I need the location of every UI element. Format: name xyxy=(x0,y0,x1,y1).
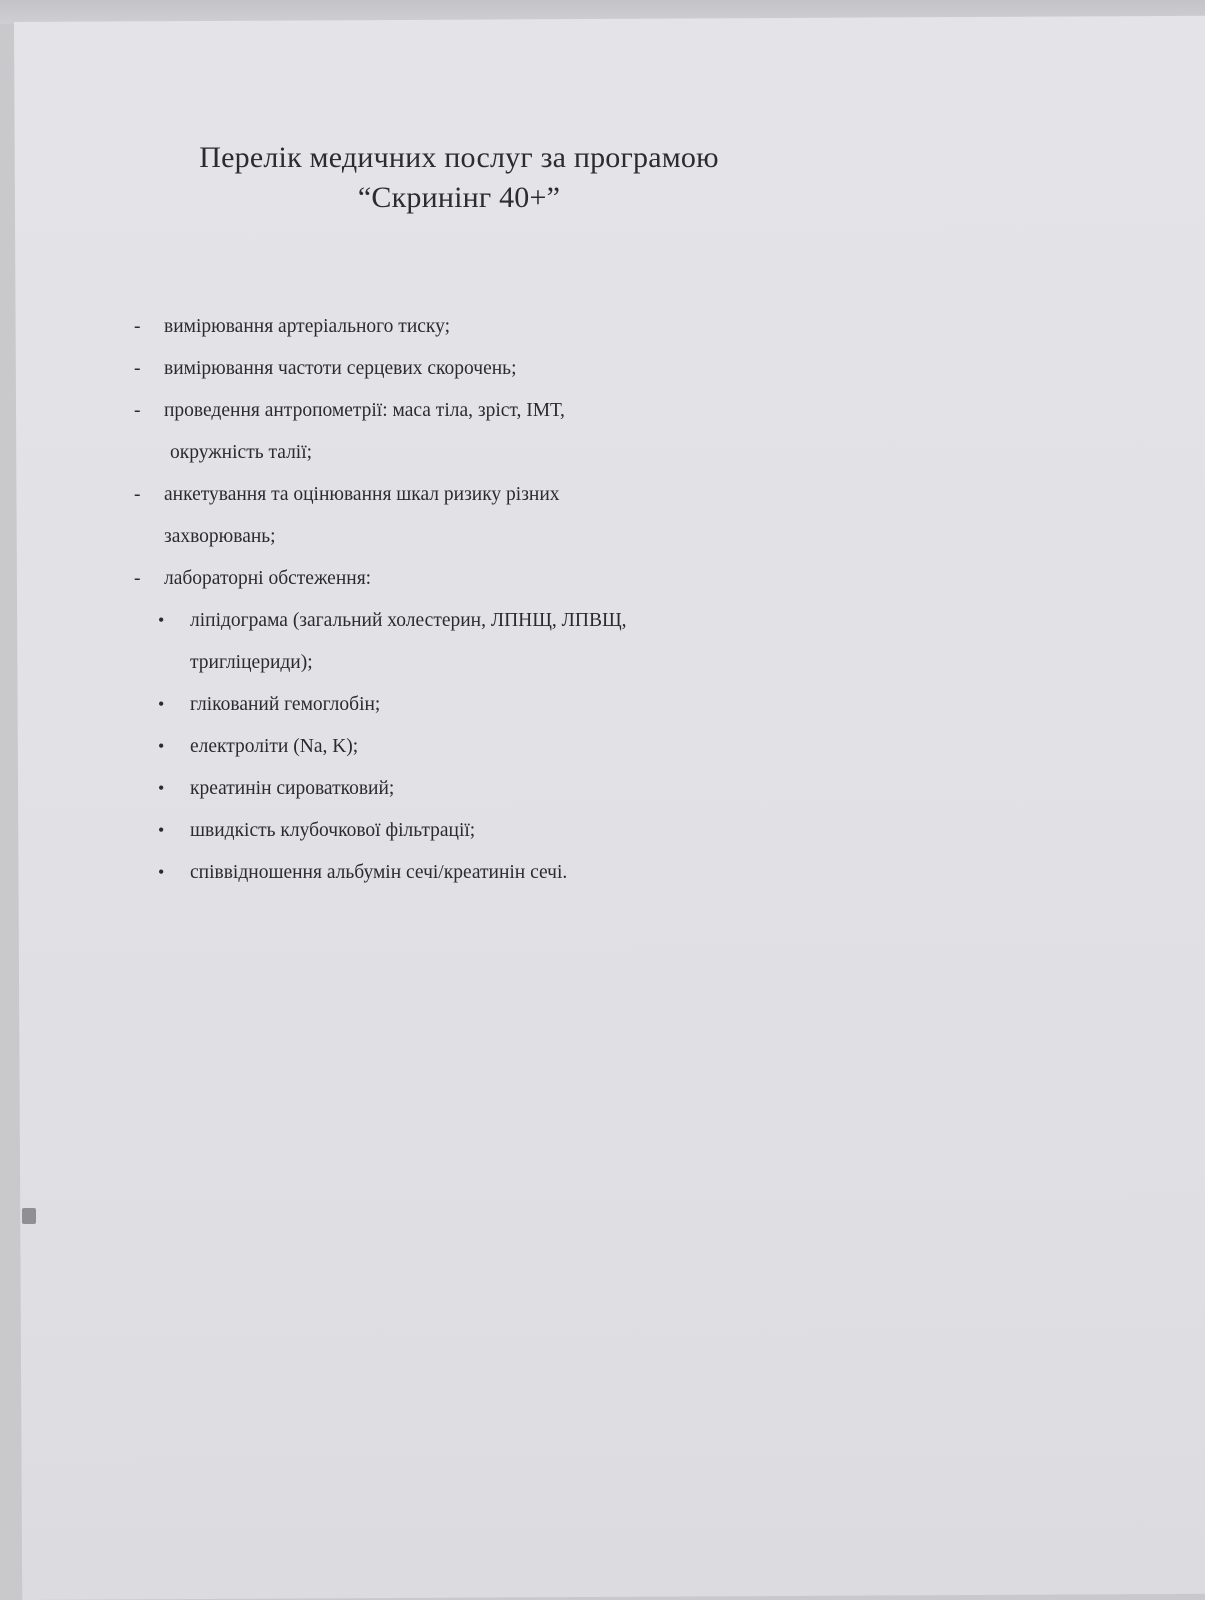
list-item: - проведення антропометрії: маса тіла, з… xyxy=(120,390,820,474)
bullet-icon: • xyxy=(158,767,164,809)
list-item-text: вимірювання частоти серцевих скорочень; xyxy=(164,348,820,390)
list-item-text: вимірювання артеріального тиску; xyxy=(164,306,820,348)
lab-list-item: • ліпідограма (загальний холестерин, ЛПН… xyxy=(120,600,820,684)
lab-item-text: швидкість клубочкової фільтрації; xyxy=(190,810,820,852)
lab-item-text: ліпідограма (загальний холестерин, ЛПНЩ,… xyxy=(190,600,820,642)
lab-item-text: електроліти (Na, K); xyxy=(190,726,820,768)
bullet-icon: • xyxy=(158,725,164,767)
lab-list-item: • електроліти (Na, K); xyxy=(120,726,820,768)
lab-list-item: • швидкість клубочкової фільтрації; xyxy=(120,810,820,852)
lab-item-text: креатинін сироватковий; xyxy=(190,768,820,810)
list-item-text-continued: окружність талії; xyxy=(164,432,820,474)
document-title: Перелік медичних послуг за програмою “Ск… xyxy=(114,138,804,218)
lab-list-item: • глікований гемоглобін; xyxy=(120,684,820,726)
list-item-text: проведення антропометрії: маса тіла, зрі… xyxy=(164,390,820,432)
title-line-1: Перелік медичних послуг за програмою xyxy=(114,138,804,178)
bullet-icon: • xyxy=(158,809,164,851)
dash-marker: - xyxy=(134,306,141,348)
dash-marker: - xyxy=(134,558,141,600)
list-item-text: лабораторні обстеження: xyxy=(164,558,820,600)
lab-item-text: глікований гемоглобін; xyxy=(190,684,820,726)
list-item: - лабораторні обстеження: xyxy=(120,558,820,600)
lab-list-item: • співвідношення альбумін сечі/креатинін… xyxy=(120,852,820,894)
bullet-icon: • xyxy=(158,851,164,893)
paper-mark xyxy=(22,1208,36,1224)
list-item-text-continued: захворювань; xyxy=(164,516,820,558)
bullet-icon: • xyxy=(158,683,164,725)
list-item: - вимірювання частоти серцевих скорочень… xyxy=(120,348,820,390)
lab-list-item: • креатинін сироватковий; xyxy=(120,768,820,810)
list-item: - вимірювання артеріального тиску; xyxy=(120,306,820,348)
lab-item-text-continued: тригліцериди); xyxy=(190,642,820,684)
list-item: - анкетування та оцінювання шкал ризику … xyxy=(120,474,820,558)
title-line-2: “Скринінг 40+” xyxy=(114,178,804,218)
bullet-icon: • xyxy=(158,599,164,641)
dash-marker: - xyxy=(134,348,141,390)
dash-marker: - xyxy=(134,474,141,516)
dash-marker: - xyxy=(134,390,141,432)
list-item-text: анкетування та оцінювання шкал ризику рі… xyxy=(164,474,820,516)
services-list: - вимірювання артеріального тиску; - вим… xyxy=(120,306,820,894)
lab-item-text: співвідношення альбумін сечі/креатинін с… xyxy=(190,852,820,894)
